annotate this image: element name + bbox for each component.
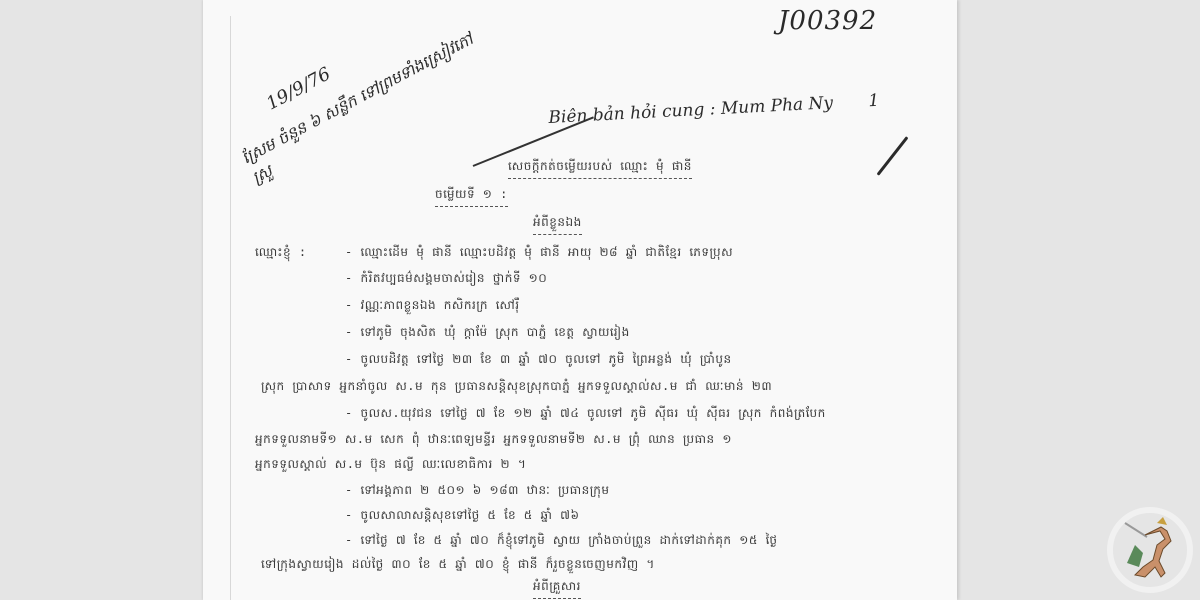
- body-line: - វណ្ណៈភាពខ្លួនឯង កសិករក្រ សៅរ៉ឺ: [345, 297, 520, 315]
- body-line: - ទៅអង្គភាព ២ ៥០១ ៦ ១៨៣ ឋានៈ ប្រធានក្រុម: [345, 482, 610, 500]
- body-line: - ទៅភូមិ ចុងសិត ឃុំ ក្ដាម៉ែ ស្រុក បាភ្នំ…: [345, 324, 630, 342]
- body-line: អ្នកទទួលស្គាល់ ស.ម ប៊ុន ផល្លី ឈៈលេខាធិកា…: [255, 456, 526, 474]
- dc-cam-logo-icon: [1105, 505, 1195, 595]
- body-line: អ្នកទទួលនាមទី១ ស.ម សេក ពុំ ឋានៈពេទ្យមន្ទ…: [255, 431, 732, 449]
- body-line: - ចូលស.យុវជន ទៅថ្ងៃ ៧ ខែ ១២ ឆ្នាំ ៧៤ ចូល…: [345, 405, 826, 423]
- section-title-family: អំពីគ្រួសារ: [533, 578, 581, 599]
- body-line: - ឈ្មោះដើម ម៉ុំ ផានី ឈ្មោះបដិវត្ត ម៉ុំ ផ…: [345, 244, 733, 262]
- body-line: - កំរិតវប្បធម៌សង្គមចាស់រៀន ថ្នាក់ទី ១០: [345, 270, 547, 288]
- body-lines: - ឈ្មោះដើម ម៉ុំ ផានី ឈ្មោះបដិវត្ត ម៉ុំ ផ…: [203, 0, 957, 600]
- document-page: J00392 19/9/76 ស្រែម ចំនួន ៦ សន្លឹក ទៅព្…: [203, 0, 957, 600]
- body-line: - ចូលបដិវត្ត ទៅថ្ងៃ ២៣ ខែ ៣ ឆ្នាំ ៧០ ចូល…: [345, 351, 732, 369]
- body-line: - ចូលសាលាសន្តិសុខទៅថ្ងៃ ៥ ខែ ៥ ឆ្នាំ ៧៦: [345, 507, 580, 525]
- body-line: ស្រុក ប្រាសាទ អ្នកនាំចូល ស.ម កុន ប្រធានស…: [261, 378, 772, 396]
- body-line: - ទៅថ្ងៃ ៧ ខែ ៥ ឆ្នាំ ៧០ ក៏ខ្ញុំទៅភូមិ ស…: [345, 532, 778, 550]
- body-line: ទៅក្រុងស្វាយរៀង ដល់ថ្ងៃ ៣០ ខែ ៥ ឆ្នាំ ៧០…: [261, 556, 655, 574]
